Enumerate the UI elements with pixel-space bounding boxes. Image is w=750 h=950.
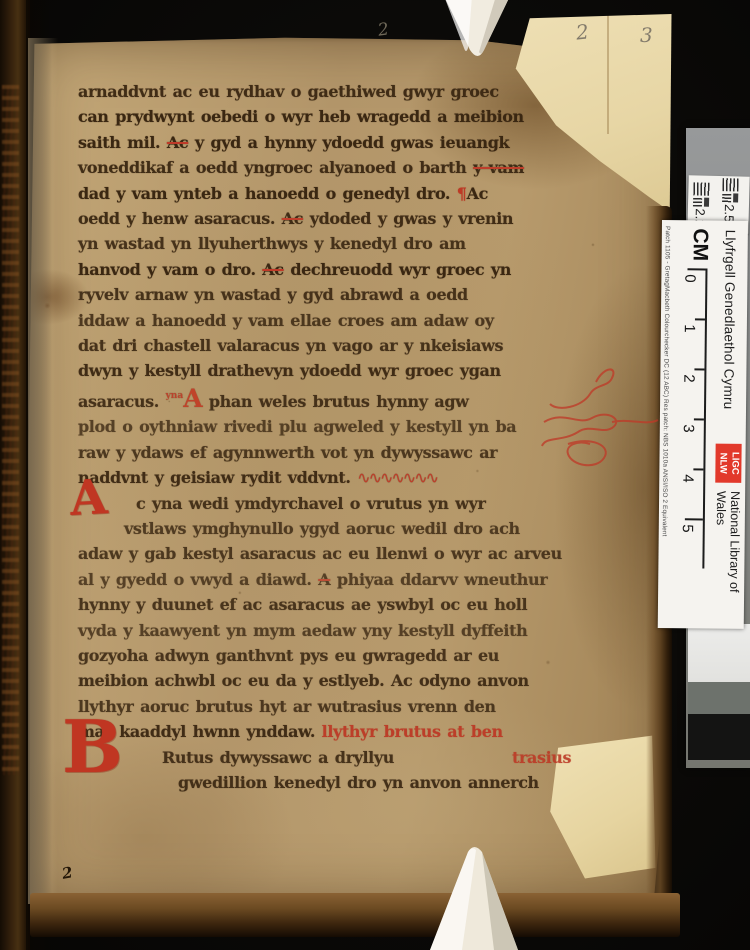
- text-segment: trasius: [512, 748, 571, 767]
- nlw-logo: LlGC NLW: [715, 443, 741, 483]
- grayscale-step-dark: [688, 714, 750, 760]
- ruler-card: Llyfrgell Genedlaethol Cymru LlGC NLW Na…: [658, 220, 748, 629]
- folio-number-2: 2: [575, 19, 590, 44]
- rubricated-initial-b: B: [62, 712, 123, 782]
- line-pair-pattern-icon: [693, 182, 709, 195]
- text-segment: vstlaws ymghynullo ygyd aoruc wedil dro …: [124, 519, 520, 538]
- line-pair-pattern-icon: [722, 193, 731, 202]
- tick-number: 4: [679, 474, 696, 483]
- manuscript-line: ryvelv arnaw yn wastad y gyd abrawd a oe…: [78, 282, 650, 307]
- text-segment: yna: [166, 391, 184, 401]
- text-segment: llythyr aoruc brutus hyt ar wutrasius vr…: [78, 697, 496, 716]
- tick-mark: [693, 468, 703, 470]
- text-segment: A: [318, 570, 330, 589]
- manuscript-line: c yna wedi ymdyrchavel o vrutus yn wyr: [78, 491, 650, 516]
- text-segment: Ac: [167, 133, 188, 152]
- tick-mark: [695, 318, 705, 320]
- tick-number: 0: [681, 274, 698, 283]
- folio-number-3: 3: [640, 23, 653, 47]
- text-segment: raw y ydaws ef agynnwerth vot yn dywyssa…: [78, 443, 497, 462]
- line-pair-pattern-icon: [722, 178, 738, 191]
- text-segment: plod o oythniaw rivedi plu agweled y kes…: [78, 417, 516, 436]
- text-segment: y vam: [473, 158, 524, 177]
- library-name-welsh: Llyfrgell Genedlaethol Cymru: [721, 221, 738, 444]
- text-segment: naddvnt y geisiaw rydit vddvnt.: [78, 468, 357, 487]
- manuscript-line: saith mil. Ac y gyd a hynny ydoedd gwas …: [78, 130, 650, 155]
- text-segment: y gyd a hynny ydoedd gwas ieuangk: [188, 133, 509, 152]
- line-pair-pattern-icon: [693, 197, 702, 206]
- text-segment: gwedillion kenedyl dro yn anvon annerch: [178, 773, 539, 792]
- text-segment: ydoded y gwas y vrenin: [303, 209, 513, 228]
- text-segment: asaracus.: [78, 392, 166, 411]
- tick-number: 3: [680, 424, 697, 433]
- manuscript-line: Rutus dywyssawc a dryllyutrasius: [78, 745, 650, 770]
- ruler-unit-label: CM: [688, 228, 712, 261]
- text-segment: voneddikaf a oedd yngroec alyanoed o bar…: [78, 158, 473, 177]
- pencil-number-top-center: 2: [377, 19, 391, 40]
- manuscript-line: meibion achwbl oc eu da y estlyeb. Ac od…: [78, 668, 650, 693]
- text-segment: Ac: [282, 209, 303, 228]
- text-segment: iddaw a hanoedd y vam ellae croes am ada…: [78, 311, 494, 330]
- text-segment: hynny y duunet ef ac asaracus ae yswbyl …: [78, 595, 527, 614]
- page-weight-bottom: [424, 844, 524, 950]
- manuscript-line: hanvod y vam o dro. Ac dechreuodd wyr gr…: [78, 257, 650, 282]
- text-segment: meibion achwbl oc eu da y estlyeb. Ac od…: [78, 671, 529, 690]
- page-weight-top: [436, 0, 518, 66]
- text-segment: phan weles brutus hynny agw: [202, 392, 468, 411]
- book-bottom-edge: [30, 893, 680, 937]
- text-segment: dad y vam ynteb a hanoedd o genedyl dro.: [78, 184, 457, 203]
- text-segment: gozyoha adwyn ganthvnt pys eu gwragedd a…: [78, 646, 499, 665]
- text-segment: dat dri chastell valaracus yn vago ar y …: [78, 336, 503, 355]
- manuscript-line: gozyoha adwyn ganthvnt pys eu gwragedd a…: [78, 643, 650, 668]
- manuscript-line: gwedillion kenedyl dro yn anvon annerch: [78, 770, 650, 795]
- text-segment: dwyn y kestyll drathevyn ydoedd wyr groe…: [78, 361, 501, 380]
- manuscript-line: adaw y gab kestyl asaracus ac eu llenwi …: [78, 541, 650, 566]
- library-name-row: Llyfrgell Genedlaethol Cymru LlGC NLW Na…: [713, 221, 745, 629]
- manuscript-line: vyda y kaawyent yn mym aedaw yny kestyll…: [78, 618, 650, 643]
- text-segment: yn wastad yn llyuherthwys y kenedyl dro …: [78, 234, 466, 253]
- logo-line-2: NLW: [716, 443, 728, 483]
- manuscript-line: hynny y duunet ef ac asaracus ae yswbyl …: [78, 592, 650, 617]
- ruler-scale: 012345: [668, 268, 707, 568]
- manuscript-line: arnaddvnt ac eu rydhav o gaethiwed gwyr …: [78, 79, 650, 104]
- text-segment: c yna wedi ymdyrchavel o vrutus yn wyr: [136, 494, 485, 513]
- tick-number: 1: [681, 324, 698, 333]
- ruler-tick: 0: [671, 268, 706, 318]
- text-segment: A: [183, 384, 202, 413]
- ruler-tick: 2: [670, 368, 705, 418]
- manuscript-line: llythyr aoruc brutus hyt ar wutrasius vr…: [78, 694, 650, 719]
- ruler-tick: 3: [669, 418, 704, 468]
- manuscript-line: al y gyedd o vwyd a diawd. A phiyaa ddar…: [78, 567, 650, 592]
- page-curvature-highlight: [28, 38, 58, 904]
- rubricated-initial-a: A: [69, 469, 109, 527]
- manuscript-line: iddaw a hanoedd y vam ellae croes am ada…: [78, 308, 650, 333]
- manuscript-photo: 2 3 arnaddvnt ac eu rydhav o gaethiwed g…: [0, 0, 750, 950]
- text-segment: vyda y kaawyent yn mym aedaw yny kestyll…: [78, 621, 527, 640]
- pattern-corner-block: [704, 198, 709, 207]
- text-segment: ¶: [457, 184, 467, 203]
- text-segment: hanvod y vam o dro.: [78, 260, 262, 279]
- manuscript-line: can prydwynt oebedi o wyr heb wragedd a …: [78, 104, 650, 129]
- manuscript-line: dat dri chastell valaracus yn vago ar y …: [78, 333, 650, 358]
- text-segment: Rutus dywyssawc a dryllyu: [162, 748, 394, 767]
- text-segment: ryvelv arnaw yn wastad y gyd abrawd a oe…: [78, 285, 468, 304]
- manuscript-line: voneddikaf a oedd yngroec alyanoed o bar…: [78, 155, 650, 180]
- manuscript-line: mar kaaddyl hwnn ynddaw. llythyr brutus …: [78, 719, 650, 744]
- manuscript-line: vstlaws ymghynullo ygyd aoruc wedil dro …: [78, 516, 650, 541]
- tick-number: 5: [679, 524, 696, 533]
- tick-number: 2: [680, 374, 697, 383]
- red-penwork-flourish: [538, 360, 660, 472]
- tick-mark: [687, 268, 705, 270]
- text-segment: ∿∿∿∿∿∿∿: [357, 468, 437, 487]
- text-segment: llythyr brutus at ben: [322, 722, 503, 741]
- logo-line-1: LlGC: [728, 443, 740, 483]
- text-segment: phiyaa ddarvv wneuthur: [330, 570, 547, 589]
- ruler-tick: 5: [668, 518, 703, 568]
- text-segment: saith mil.: [78, 133, 167, 152]
- ruler-card-wrapper: Llyfrgell Genedlaethol Cymru LlGC NLW Na…: [662, 220, 750, 632]
- library-name-english: National Library of Wales: [713, 491, 742, 629]
- text-segment: arnaddvnt ac eu rydhav o gaethiwed gwyr …: [78, 82, 499, 101]
- text-segment: Ac: [262, 260, 283, 279]
- text-segment: al y gyedd o vwyd a diawd.: [78, 570, 318, 589]
- manuscript-line: oedd y henw asaracus. Ac ydoded y gwas y…: [78, 206, 650, 231]
- text-segment: adaw y gab kestyl asaracus ac eu llenwi …: [78, 544, 562, 563]
- text-segment: can prydwynt oebedi o wyr heb wragedd a …: [78, 107, 524, 126]
- manuscript-line: yn wastad yn llyuherthwys y kenedyl dro …: [78, 231, 650, 256]
- manuscript-line: dad y vam ynteb a hanoedd o genedyl dro.…: [78, 181, 650, 206]
- grayscale-step-light: [688, 624, 750, 682]
- tick-mark: [694, 418, 704, 420]
- pattern-corner-block: [733, 193, 738, 202]
- ruler-tick: 4: [669, 468, 704, 518]
- facing-page-text-showthrough: [2, 85, 19, 775]
- tick-mark: [685, 518, 703, 520]
- ruler-tick: 1: [670, 318, 705, 368]
- text-segment: oedd y henw asaracus.: [78, 209, 282, 228]
- tick-mark: [694, 368, 704, 370]
- text-segment: Ac: [467, 184, 488, 203]
- text-segment: dechreuodd wyr groec yn: [284, 260, 511, 279]
- grayscale-step-mid: [688, 682, 750, 714]
